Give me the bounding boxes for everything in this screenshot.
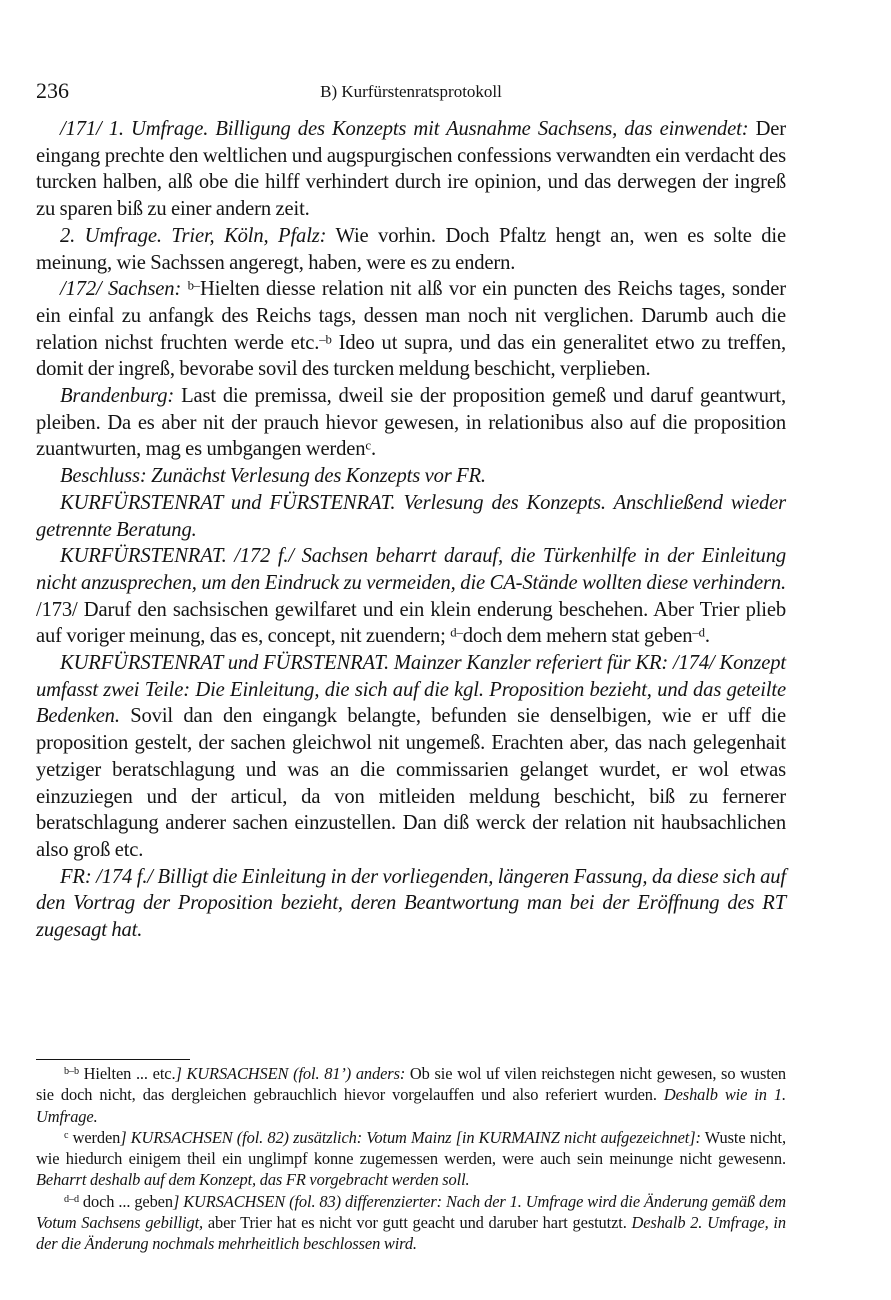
text-run: doch dem mehern stat geben — [463, 625, 693, 647]
text-run: . — [371, 438, 376, 460]
footnote-marker: –b — [319, 332, 331, 346]
text-run: werden — [68, 1128, 120, 1147]
footnote-b: b–b Hielten ... etc.] KURSACHSEN (fol. 8… — [36, 1063, 786, 1127]
paragraph-kurfuerstenrat: KURFÜRSTENRAT. /172 f./ Sachsen beharrt … — [36, 543, 786, 650]
italic-run: Beharrt deshalb auf dem Konzept, das FR … — [36, 1170, 470, 1189]
footnote-marker: d– — [450, 626, 462, 640]
italic-run: ] KURSACHSEN (fol. 82) zusätzlich: Votum… — [120, 1128, 701, 1147]
main-text: /171/ 1. Umfrage. Billigung des Konzepts… — [36, 116, 786, 944]
text-run: . — [705, 625, 710, 647]
paragraph-fr: FR: /174 f./ Billigt die Einleitung in d… — [36, 864, 786, 944]
page-header: 236 B) Kurfürstenratsprotokoll — [36, 76, 786, 106]
paragraph-beschluss: Beschluss: Zunächst Verlesung des Konzep… — [36, 463, 786, 490]
paragraph-kr-fr-verlesung: KURFÜRSTENRAT und FÜRSTENRAT. Verlesung … — [36, 490, 786, 543]
italic-run: /171/ 1. Umfrage. Billigung des Konzepts… — [60, 118, 748, 140]
text-run: Sovil dan den eingangk belangte, befunde… — [36, 705, 786, 861]
italic-run: /172/ Sachsen: — [60, 278, 188, 300]
italic-run: KURFÜRSTENRAT. /172 f./ Sachsen beharrt … — [36, 545, 786, 594]
italic-run: ] KURSACHSEN (fol. 81’) anders: — [175, 1064, 405, 1083]
footnote-d: d–d doch ... geben] KURSACHSEN (fol. 83)… — [36, 1191, 786, 1255]
italic-run: FR: /174 f./ Billigt die Einleitung in d… — [36, 866, 786, 941]
footnote-marker: b–b — [64, 1066, 79, 1077]
paragraph-sachsen: /172/ Sachsen: b–Hielten diesse relation… — [36, 276, 786, 383]
paragraph-umfrage-1: /171/ 1. Umfrage. Billigung des Konzepts… — [36, 116, 786, 223]
paragraph-umfrage-2: 2. Umfrage. Trier, Köln, Pfalz: Wie vorh… — [36, 223, 786, 276]
footnote-marker: d–d — [64, 1194, 79, 1205]
italic-run: Brandenburg: — [60, 385, 174, 407]
paragraph-mainzer-kanzler: KURFÜRSTENRAT und FÜRSTENRAT. Mainzer Ka… — [36, 650, 786, 864]
text-run: doch ... geben — [79, 1192, 173, 1211]
running-head: B) Kurfürstenratsprotokoll — [36, 78, 786, 106]
text-run: aber Trier hat es nicht vor gutt geacht … — [203, 1213, 631, 1232]
footnote-marker: –d — [692, 626, 704, 640]
italic-run: 2. Umfrage. Trier, Köln, Pfalz: — [60, 225, 326, 247]
paragraph-brandenburg: Brandenburg: Last die premissa, dweil si… — [36, 383, 786, 463]
italic-run: Beschluss: Zunächst Verlesung des Konzep… — [60, 465, 486, 487]
footnote-marker: b– — [188, 278, 200, 292]
footnote-divider — [36, 1059, 190, 1060]
footnote-c: c werden] KURSACHSEN (fol. 82) zusätzlic… — [36, 1127, 786, 1191]
footnotes: b–b Hielten ... etc.] KURSACHSEN (fol. 8… — [36, 1063, 786, 1255]
italic-run: KURFÜRSTENRAT und FÜRSTENRAT. Verlesung … — [36, 492, 786, 541]
text-run: Hielten ... etc. — [79, 1064, 176, 1083]
